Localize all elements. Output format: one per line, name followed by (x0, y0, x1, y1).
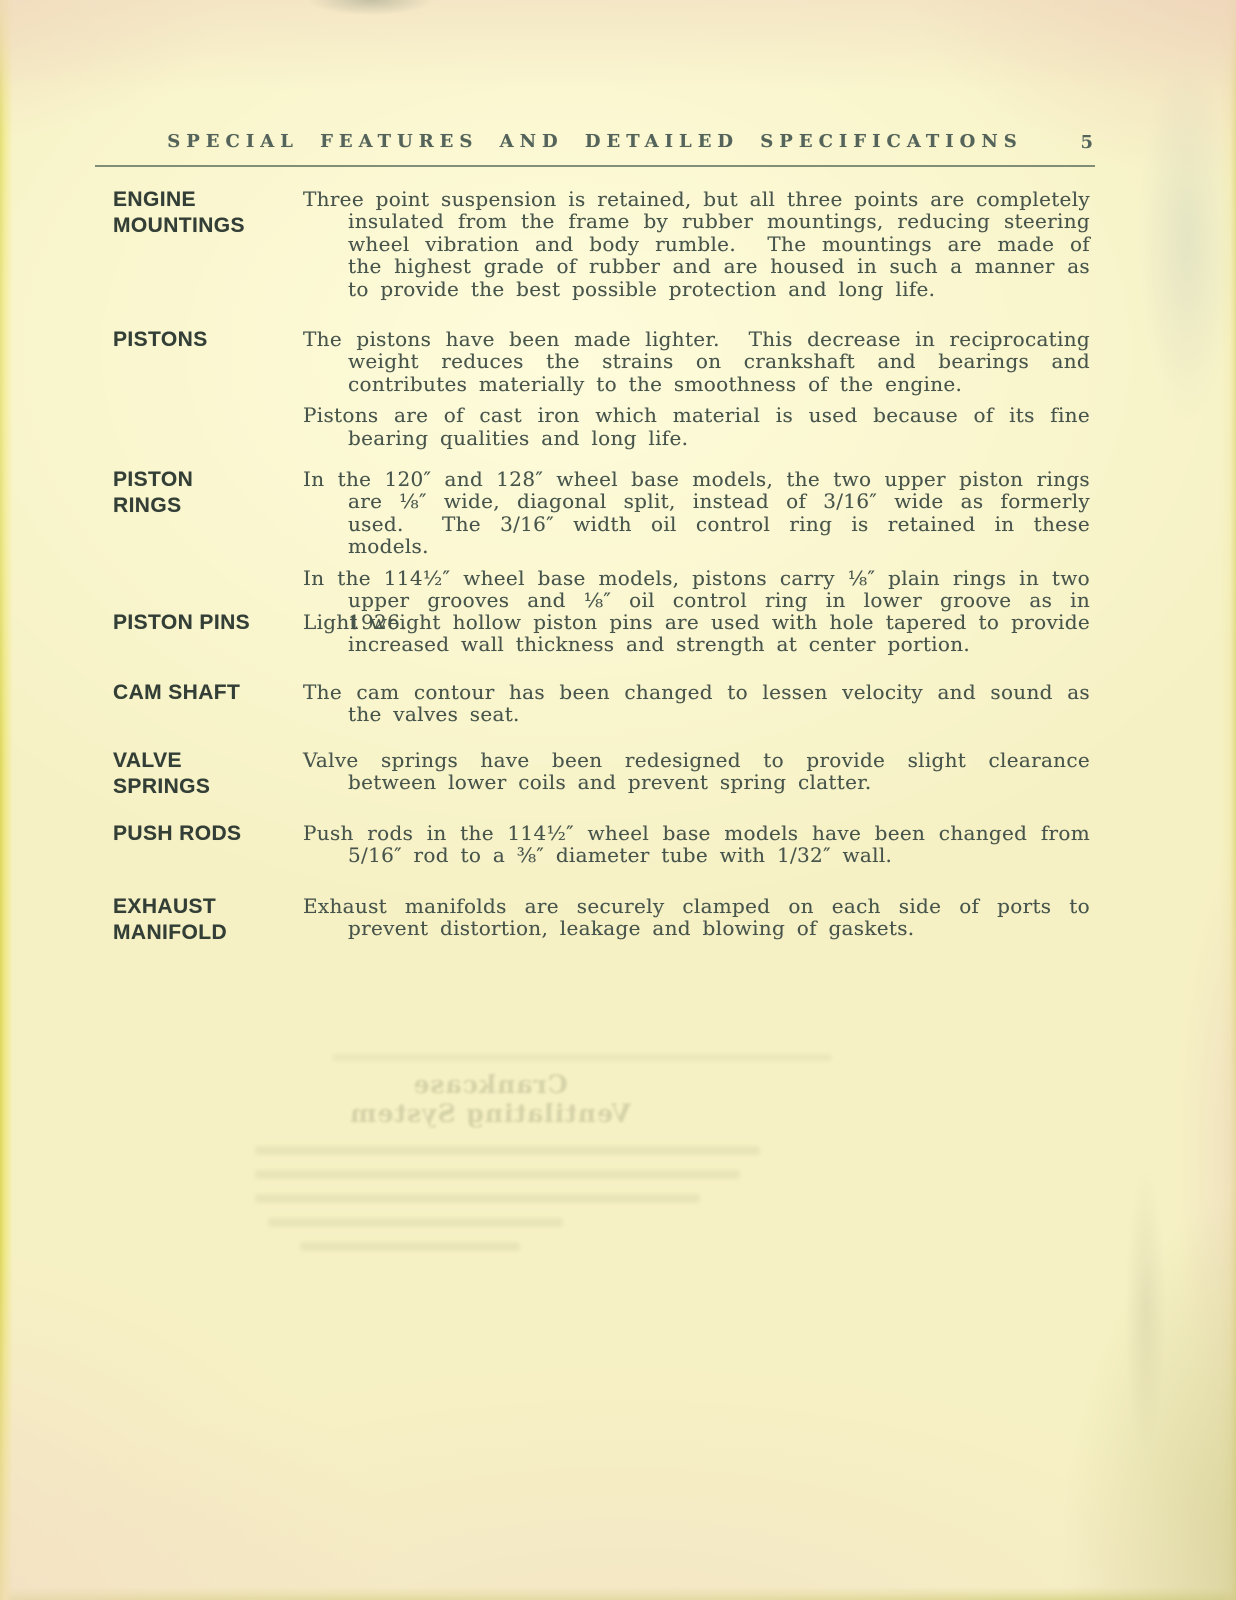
section-body: Light weight hollow piston pins are used… (303, 611, 1090, 656)
header-rule (95, 165, 1095, 167)
spec-section: ENGINEMOUNTINGSThree point suspension is… (113, 188, 1090, 300)
bleed-through-heading: Crankcase Ventilating System (325, 1070, 655, 1128)
section-paragraph: Pistons are of cast iron which material … (303, 404, 1090, 449)
section-paragraph: Exhaust manifolds are securely clamped o… (303, 895, 1090, 940)
section-paragraph: Light weight hollow piston pins are used… (303, 611, 1090, 656)
spec-section: VALVESPRINGSValve springs have been rede… (113, 749, 1090, 794)
section-body: Push rods in the 114½″ wheel base models… (303, 822, 1090, 867)
section-label-line: PUSH RODS (113, 821, 298, 847)
spec-section: EXHAUSTMANIFOLDExhaust manifolds are sec… (113, 895, 1090, 940)
section-paragraph: Three point suspension is retained, but … (303, 188, 1090, 300)
page-header: SPECIAL FEATURES AND DETAILED SPECIFICAT… (95, 131, 1095, 157)
spec-section: PISTONSThe pistons have been made lighte… (113, 328, 1090, 449)
paper-specks (0, 0, 2, 2)
section-paragraph: In the 120″ and 128″ wheel base models, … (303, 468, 1090, 558)
section-label-line: PISTON (113, 467, 298, 493)
spec-section: PISTONRINGSIn the 120″ and 128″ wheel ba… (113, 468, 1090, 634)
section-label: CAM SHAFT (113, 680, 298, 706)
section-label: EXHAUSTMANIFOLD (113, 894, 298, 946)
section-paragraph: The pistons have been made lighter. This… (303, 328, 1090, 395)
document-page: SPECIAL FEATURES AND DETAILED SPECIFICAT… (0, 0, 1236, 1600)
section-body: Three point suspension is retained, but … (303, 188, 1090, 300)
section-body: The pistons have been made lighter. This… (303, 328, 1090, 449)
section-label-line: SPRINGS (113, 774, 298, 800)
section-label-line: VALVE (113, 748, 298, 774)
section-body: Exhaust manifolds are securely clamped o… (303, 895, 1090, 940)
section-label-line: RINGS (113, 493, 298, 519)
section-label: PISTONRINGS (113, 467, 298, 519)
section-label-line: MOUNTINGS (113, 213, 298, 239)
section-label-line: PISTONS (113, 327, 298, 353)
section-body: In the 120″ and 128″ wheel base models, … (303, 468, 1090, 634)
bleed-through-line (300, 1242, 520, 1251)
spec-section: PUSH RODSPush rods in the 114½″ wheel ba… (113, 822, 1090, 867)
page-title: SPECIAL FEATURES AND DETAILED SPECIFICAT… (167, 131, 1023, 152)
section-label-line: ENGINE (113, 187, 298, 213)
section-label-line: PISTON PINS (113, 610, 298, 636)
section-label: PUSH RODS (113, 821, 298, 847)
section-label: VALVESPRINGS (113, 748, 298, 800)
bleed-through-line (332, 1054, 832, 1061)
section-paragraph: Push rods in the 114½″ wheel base models… (303, 822, 1090, 867)
section-body: Valve springs have been redesigned to pr… (303, 749, 1090, 794)
spec-section: CAM SHAFTThe cam contour has been change… (113, 681, 1090, 726)
spec-section: PISTON PINSLight weight hollow piston pi… (113, 611, 1090, 656)
bleed-through-line (255, 1194, 700, 1203)
section-paragraph: Valve springs have been redesigned to pr… (303, 749, 1090, 794)
section-body: The cam contour has been changed to less… (303, 681, 1090, 726)
bleed-through-line (255, 1170, 740, 1179)
bleed-through-line (268, 1218, 563, 1227)
section-label: ENGINEMOUNTINGS (113, 187, 298, 239)
section-label: PISTONS (113, 327, 298, 353)
page-number: 5 (1080, 132, 1093, 153)
section-label: PISTON PINS (113, 610, 298, 636)
section-label-line: MANIFOLD (113, 920, 298, 946)
bleed-through-line (255, 1146, 760, 1155)
section-label-line: CAM SHAFT (113, 680, 298, 706)
section-label-line: EXHAUST (113, 894, 298, 920)
section-paragraph: The cam contour has been changed to less… (303, 681, 1090, 726)
bleed-through-streak (1118, 1120, 1173, 1500)
